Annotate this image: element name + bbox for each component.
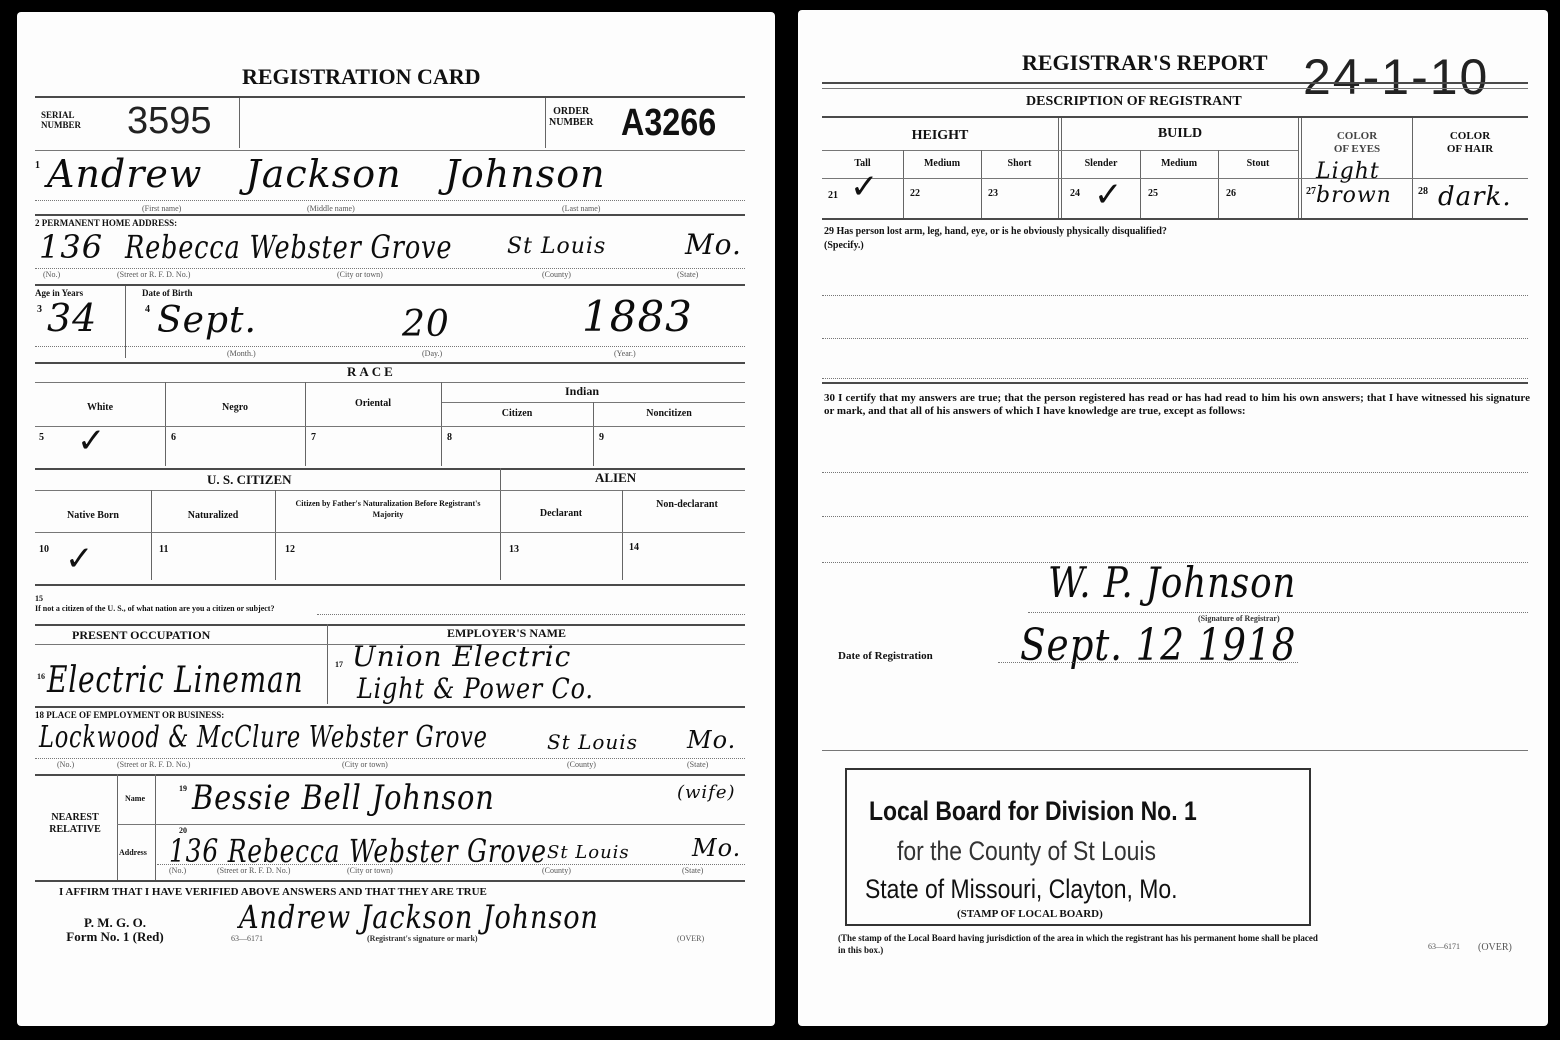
q29-text: 29 Has person lost arm, leg, hand, eye, … (824, 226, 1528, 237)
nearest-relative-label: NEARESTRELATIVE (35, 812, 115, 836)
order-number: A3266 (621, 102, 716, 145)
affirm-text: I AFFIRM THAT I HAVE VERIFIED ABOVE ANSW… (59, 886, 487, 898)
report-title: REGISTRAR'S REPORT (1022, 50, 1268, 76)
place-of-employment-value: Lockwood & McClure Webster Grove (39, 720, 488, 755)
dob-year: 1883 (582, 292, 693, 341)
date-of-registration-label: Date of Registration (838, 650, 933, 662)
age-value: 34 (47, 296, 97, 340)
q15-text: If not a citizen of the U. S., of what n… (35, 604, 274, 613)
home-address-state: Mo. (685, 228, 742, 261)
eye-color-value: Light brown (1316, 160, 1412, 208)
employer-label: EMPLOYER'S NAME (447, 626, 566, 641)
stamp-note: (The stamp of the Local Board having jur… (838, 932, 1318, 956)
registration-card-front: REGISTRATION CARD SERIALNUMBER 3595 ORDE… (17, 12, 775, 1026)
serial-number: 3595 (127, 100, 212, 143)
date-of-registration-value: Sept. 12 1918 (1020, 620, 1296, 671)
alien-title: ALIEN (595, 470, 636, 486)
stamp-number: 24-1-10 (1303, 48, 1489, 106)
registrant-signature: Andrew Jackson Johnson (239, 898, 599, 936)
place-of-employment-label: 18 PLACE OF EMPLOYMENT OR BUSINESS: (35, 710, 224, 720)
description-subtitle: DESCRIPTION OF REGISTRANT (1026, 94, 1242, 110)
local-board-stamp: Local Board for Division No. 1 for the C… (845, 768, 1311, 926)
order-label: ORDERNUMBER (549, 106, 593, 128)
home-address-label: 2 PERMANENT HOME ADDRESS: (35, 218, 177, 228)
employer-value-2: Light & Power Co. (357, 672, 594, 705)
registrar-signature: W. P. Johnson (1048, 558, 1296, 607)
employer-value-1: Union Electric (352, 640, 571, 673)
occupation-value: Electric Lineman (47, 660, 303, 701)
relative-name: Bessie Bell Johnson (192, 778, 495, 818)
dob-month: Sept. (157, 300, 257, 341)
card-title: REGISTRATION CARD (242, 64, 481, 90)
serial-label: SERIALNUMBER (41, 110, 81, 130)
home-address-city: St Louis (507, 234, 606, 259)
us-citizen-title: U. S. CITIZEN (207, 472, 292, 488)
occupation-label: PRESENT OCCUPATION (72, 628, 210, 643)
race-title: RACE (347, 364, 396, 380)
native-born-check[interactable]: ✓ (65, 542, 94, 576)
build-slender-check[interactable]: ✓ (1094, 178, 1123, 212)
home-address-street: Rebecca Webster Grove (125, 228, 452, 266)
form-id: P. M. G. O.Form No. 1 (Red) (35, 916, 195, 944)
registrant-name: Andrew Jackson Johnson (47, 152, 606, 196)
relative-relation: (wife) (677, 782, 736, 803)
hair-color-value: dark. (1438, 182, 1512, 212)
q30-text: 30 I certify that my answers are true; t… (824, 392, 1530, 418)
home-address-number: 136 (39, 228, 103, 266)
registration-card-back: REGISTRAR'S REPORT 24-1-10 DESCRIPTION O… (798, 10, 1548, 1026)
height-tall-check[interactable]: ✓ (850, 170, 879, 204)
dob-day: 20 (402, 304, 450, 345)
race-white-check[interactable]: ✓ (77, 424, 106, 458)
